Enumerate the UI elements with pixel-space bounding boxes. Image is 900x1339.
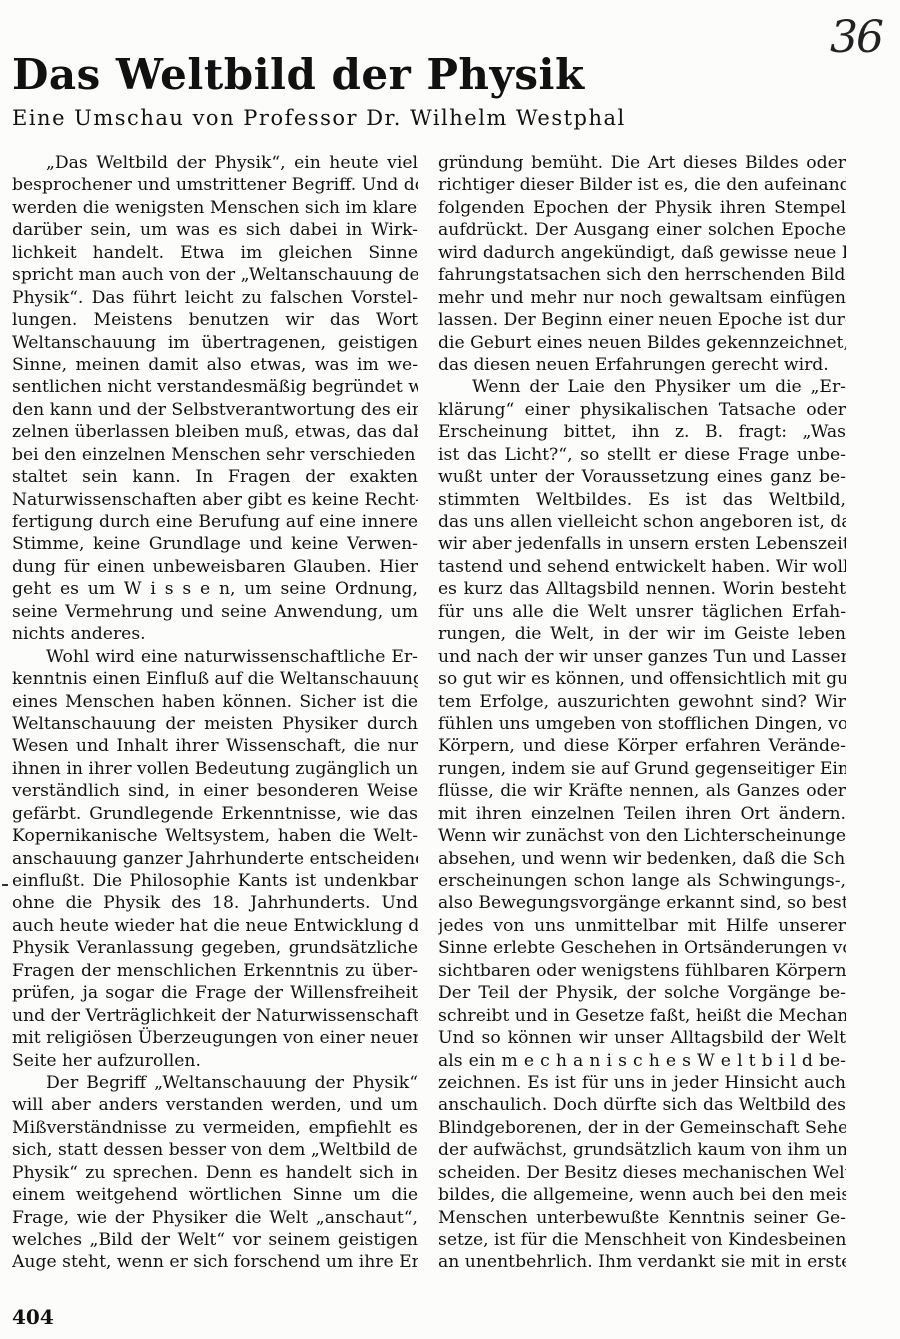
- text-line: Der Teil der Physik, der solche Vorgänge…: [438, 982, 846, 1004]
- text-line: Weltanschauung der meisten Physiker durc…: [12, 713, 418, 735]
- text-line: sentlichen nicht verstandesmäßig begründ…: [12, 376, 418, 398]
- text-line: die Geburt eines neuen Bildes gekennzeic…: [438, 332, 846, 354]
- article-subtitle: Eine Umschau von Professor Dr. Wilhelm W…: [12, 106, 626, 130]
- text-line: Körpern, und diese Körper erfahren Verän…: [438, 735, 846, 757]
- text-line: zelnen überlassen bleiben muß, etwas, da…: [12, 421, 418, 443]
- text-line: Auge steht, wenn er sich forschend um ih…: [12, 1251, 418, 1273]
- text-line: für uns alle die Welt unsrer täglichen E…: [438, 601, 846, 623]
- text-line: erscheinungen schon lange als Schwingung…: [438, 870, 846, 892]
- text-line: Sinne erlebte Geschehen in Ortsänderunge…: [438, 937, 846, 959]
- text-line: lichkeit handelt. Etwa im gleichen Sinne: [12, 242, 418, 264]
- page-number: 404: [12, 1305, 54, 1329]
- text-line: Erscheinung bittet, ihn z. B. fragt: „Wa…: [438, 421, 846, 443]
- text-line: dung für einen unbeweisbaren Glauben. Hi…: [12, 556, 418, 578]
- text-line: jedes von uns unmittelbar mit Hilfe unse…: [438, 915, 846, 937]
- text-line: staltet sein kann. In Fragen der exakten: [12, 466, 418, 488]
- text-line: es kurz das Alltagsbild nennen. Worin be…: [438, 578, 846, 600]
- text-line: der aufwächst, grundsätzlich kaum von ih…: [438, 1139, 846, 1161]
- text-line: sichtbaren oder wenigstens fühlbaren Kör…: [438, 960, 846, 982]
- text-line: richtiger dieser Bilder ist es, die den …: [438, 174, 846, 196]
- text-line: auch heute wieder hat die neue Entwicklu…: [12, 915, 418, 937]
- text-line: mehr und mehr nur noch gewaltsam einfüge…: [438, 287, 846, 309]
- text-line: Menschen unterbewußte Kenntnis seiner Ge…: [438, 1207, 846, 1229]
- text-line: also Bewegungsvorgänge erkannt sind, so …: [438, 892, 846, 914]
- text-line: mit religiösen Überzeugungen von einer n…: [12, 1027, 418, 1049]
- text-line: zeichnen. Es ist für uns in jeder Hinsic…: [438, 1072, 846, 1094]
- margin-mark: [2, 884, 8, 886]
- text-line: Naturwissenschaften aber gibt es keine R…: [12, 489, 418, 511]
- text-line: verständlich sind, in einer besonderen W…: [12, 780, 418, 802]
- text-line: und nach der wir unser ganzes Tun und La…: [438, 646, 846, 668]
- text-line: besprochener und umstrittener Begriff. U…: [12, 174, 418, 196]
- text-line: Physik“ zu sprechen. Denn es handelt sic…: [12, 1162, 418, 1184]
- text-line: schreibt und in Gesetze faßt, heißt die …: [438, 1005, 846, 1027]
- text-line: folgenden Epochen der Physik ihren Stemp…: [438, 197, 846, 219]
- text-line: wir aber jedenfalls in unsern ersten Leb…: [438, 533, 846, 555]
- text-line: lassen. Der Beginn einer neuen Epoche is…: [438, 309, 846, 331]
- text-line: den kann und der Selbstverantwortung des…: [12, 399, 418, 421]
- text-line: gründung bemüht. Die Art dieses Bildes o…: [438, 152, 846, 174]
- text-line: „Das Weltbild der Physik“, ein heute vie…: [12, 152, 418, 174]
- text-line: seine Vermehrung und seine Anwendung, um: [12, 601, 418, 623]
- handwritten-page-number: 36: [830, 12, 882, 63]
- text-line: scheiden. Der Besitz dieses mechanischen…: [438, 1162, 846, 1184]
- text-line: das uns allen vielleicht schon angeboren…: [438, 511, 846, 533]
- text-line: bei den einzelnen Menschen sehr verschie…: [12, 444, 418, 466]
- text-line: und der Verträglichkeit der Naturwissens…: [12, 1005, 418, 1027]
- text-line: flüsse, die wir Kräfte nennen, als Ganze…: [438, 780, 846, 802]
- text-line: Fragen der menschlichen Erkenntnis zu üb…: [12, 960, 418, 982]
- text-line: stimmten Weltbildes. Es ist das Weltbild…: [438, 489, 846, 511]
- text-line: Wohl wird eine naturwissenschaftliche Er…: [12, 646, 418, 668]
- text-line: an unentbehrlich. Ihm verdankt sie mit i…: [438, 1251, 846, 1273]
- text-line: Frage, wie der Physiker die Welt „anscha…: [12, 1207, 418, 1229]
- left-column: „Das Weltbild der Physik“, ein heute vie…: [12, 152, 418, 1274]
- text-line: bildes, die allgemeine, wenn auch bei de…: [438, 1184, 846, 1206]
- text-line: anschaulich. Doch dürfte sich das Weltbi…: [438, 1094, 846, 1116]
- text-line: Stimme, keine Grundlage und keine Verwen…: [12, 533, 418, 555]
- text-line: spricht man auch von der „Weltanschauung…: [12, 264, 418, 286]
- text-line: einem weitgehend wörtlichen Sinne um die: [12, 1184, 418, 1206]
- text-line: Blindgeborenen, der in der Gemeinschaft …: [438, 1117, 846, 1139]
- text-line: werden die wenigsten Menschen sich im kl…: [12, 197, 418, 219]
- text-line: klärung“ einer physikalischen Tatsache o…: [438, 399, 846, 421]
- text-line: gefärbt. Grundlegende Erkenntnisse, wie …: [12, 803, 418, 825]
- text-line: rungen, indem sie auf Grund gegenseitige…: [438, 758, 846, 780]
- text-line: wird dadurch angekündigt, daß gewisse ne…: [438, 242, 846, 264]
- text-line: will aber anders verstanden werden, und …: [12, 1094, 418, 1116]
- text-line: darüber sein, um was es sich dabei in Wi…: [12, 219, 418, 241]
- text-line: lungen. Meistens benutzen wir das Wort: [12, 309, 418, 331]
- text-line: Mißverständnisse zu vermeiden, empfiehlt…: [12, 1117, 418, 1139]
- text-line: wußt unter der Voraussetzung eines ganz …: [438, 466, 846, 488]
- text-line: ohne die Physik des 18. Jahrhunderts. Un…: [12, 892, 418, 914]
- text-line: Wenn der Laie den Physiker um die „Er-: [438, 376, 846, 398]
- text-line: fertigung durch eine Berufung auf eine i…: [12, 511, 418, 533]
- text-line: welches „Bild der Welt“ vor seinem geist…: [12, 1229, 418, 1251]
- right-column: gründung bemüht. Die Art dieses Bildes o…: [438, 152, 846, 1274]
- text-line: fühlen uns umgeben von stofflichen Dinge…: [438, 713, 846, 735]
- text-line: das diesen neuen Erfahrungen gerecht wir…: [438, 354, 846, 376]
- text-line: Physik Veranlassung gegeben, grundsätzli…: [12, 937, 418, 959]
- text-line: prüfen, ja sogar die Frage der Willensfr…: [12, 982, 418, 1004]
- text-line: setze, ist für die Menschheit von Kindes…: [438, 1229, 846, 1251]
- text-line: so gut wir es können, und offensichtlich…: [438, 668, 846, 690]
- article-title: Das Weltbild der Physik: [12, 50, 585, 99]
- text-line: tastend und sehend entwickelt haben. Wir…: [438, 556, 846, 578]
- text-line: mit ihren einzelnen Teilen ihren Ort änd…: [438, 803, 846, 825]
- text-line: sich, statt dessen besser von dem „Weltb…: [12, 1139, 418, 1161]
- text-line: Physik“. Das führt leicht zu falschen Vo…: [12, 287, 418, 309]
- text-line: tem Erfolge, auszurichten gewohnt sind? …: [438, 691, 846, 713]
- text-line: Weltanschauung im übertragenen, geistige…: [12, 332, 418, 354]
- text-line: anschauung ganzer Jahrhunderte entscheid…: [12, 848, 418, 870]
- text-line: ihnen in ihrer vollen Bedeutung zugängli…: [12, 758, 418, 780]
- text-line: Wenn wir zunächst von den Lichterscheinu…: [438, 825, 846, 847]
- text-line: rungen, die Welt, in der wir im Geiste l…: [438, 623, 846, 645]
- text-line: als ein m e c h a n i s c h e s W e l t …: [438, 1050, 846, 1072]
- text-line: Der Begriff „Weltanschauung der Physik“: [12, 1072, 418, 1094]
- text-line: Sinne, meinen damit also etwas, was im w…: [12, 354, 418, 376]
- text-line: fahrungstatsachen sich den herrschenden …: [438, 264, 846, 286]
- text-line: geht es um W i s s e n, um seine Ordnung…: [12, 578, 418, 600]
- text-line: ist das Licht?“, so stellt er diese Frag…: [438, 444, 846, 466]
- text-line: aufdrückt. Der Ausgang einer solchen Epo…: [438, 219, 846, 241]
- text-line: einflußt. Die Philosophie Kants ist unde…: [12, 870, 418, 892]
- text-line: kenntnis einen Einfluß auf die Weltansch…: [12, 668, 418, 690]
- text-line: Kopernikanische Weltsystem, haben die We…: [12, 825, 418, 847]
- text-line: eines Menschen haben können. Sicher ist …: [12, 691, 418, 713]
- text-line: Und so können wir unser Alltagsbild der …: [438, 1027, 846, 1049]
- text-line: Wesen und Inhalt ihrer Wissenschaft, die…: [12, 735, 418, 757]
- text-line: nichts anderes.: [12, 623, 418, 645]
- text-line: absehen, und wenn wir bedenken, daß die …: [438, 848, 846, 870]
- text-line: Seite her aufzurollen.: [12, 1050, 418, 1072]
